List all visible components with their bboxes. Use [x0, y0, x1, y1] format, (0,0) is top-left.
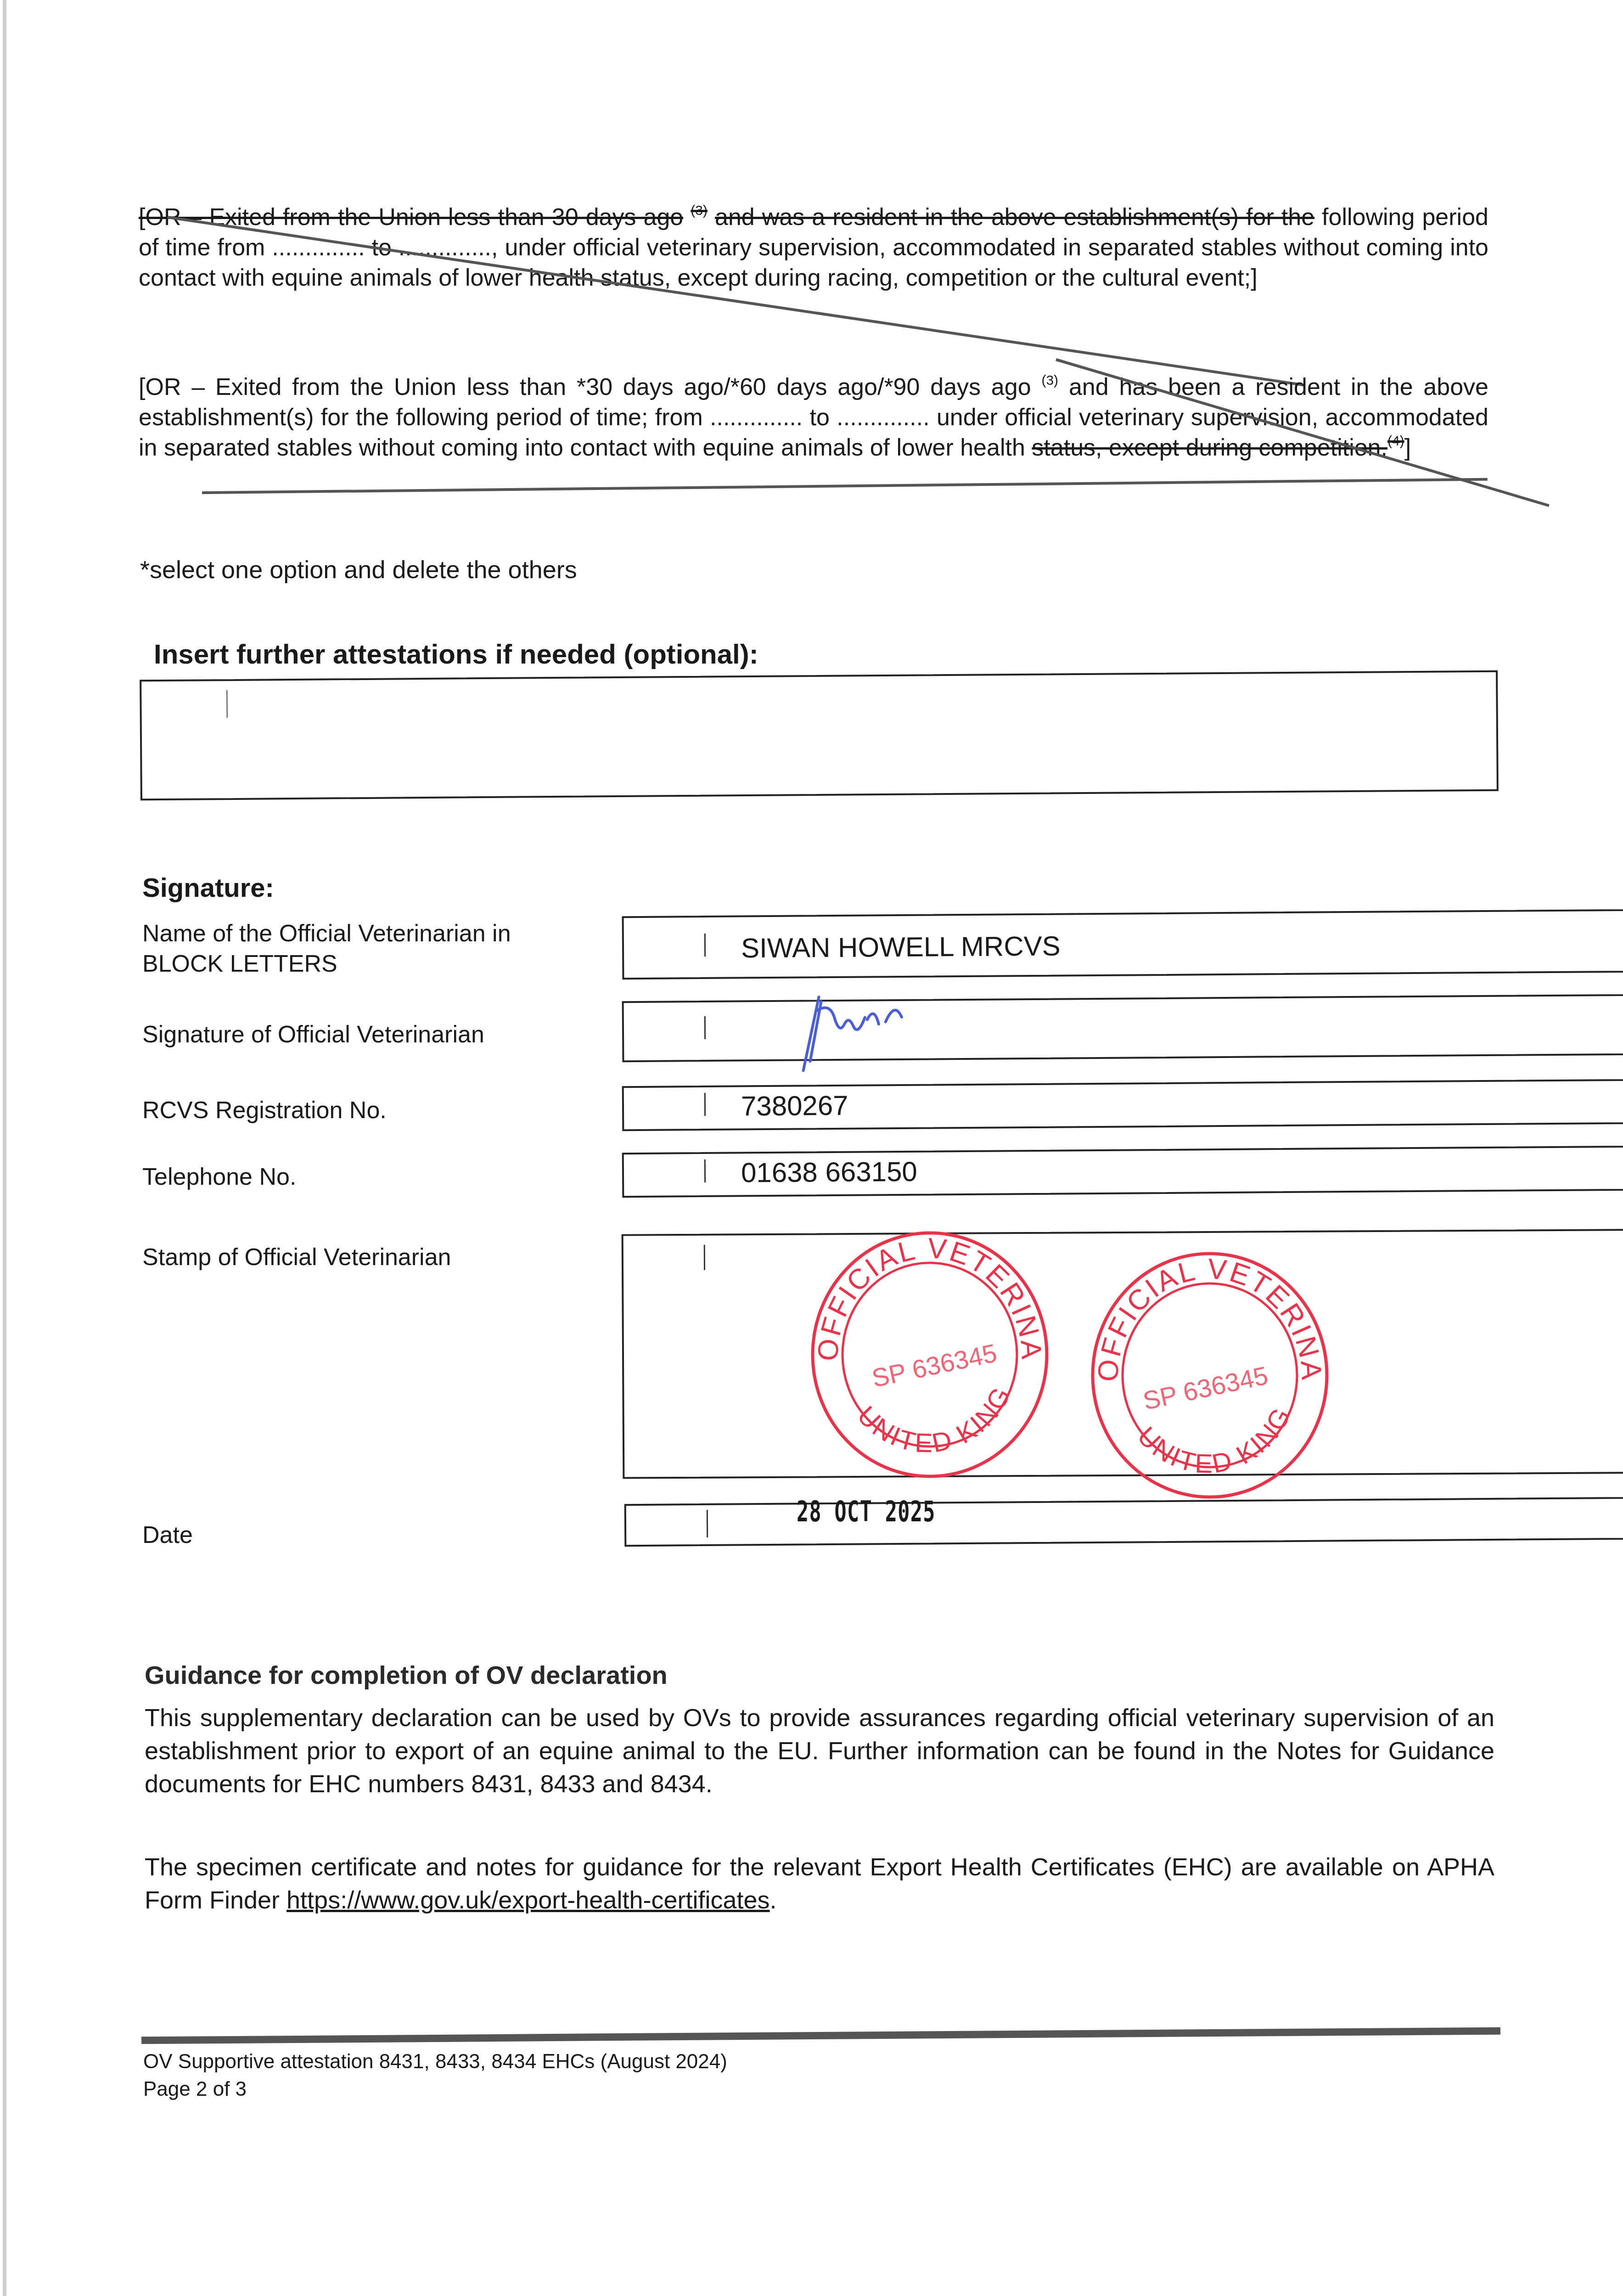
label-ov-name: Name of the Official Veterinarian in BLO… [142, 918, 592, 979]
further-attestations-input[interactable] [140, 670, 1499, 801]
label-stamp: Stamp of Official Veterinarian [142, 1242, 451, 1272]
ov-name-value: SIWAN HOWELL MRCVS [741, 933, 1061, 962]
svg-text:OFFICIAL VETERINARIAN: OFFICIAL VETERINARIAN [801, 1224, 1047, 1362]
rcvs-number-field[interactable]: 7380267 [622, 1077, 1623, 1131]
guidance-paragraph-2: The specimen certificate and notes for g… [145, 1851, 1494, 1917]
further-attestations-title: Insert further attestations if needed (o… [154, 638, 758, 670]
official-veterinarian-stamp-1: OFFICIAL VETERINARIAN UNITED KINGDOM SP … [801, 1224, 1058, 1486]
rcvs-number-value: 7380267 [741, 1092, 848, 1120]
text-cursor [226, 690, 227, 718]
svg-text:SP 636345: SP 636345 [869, 1338, 999, 1393]
svg-text:OFFICIAL VETERINARIAN: OFFICIAL VETERINARIAN [1081, 1244, 1327, 1383]
footer-form-reference: OV Supportive attestation 8431, 8433, 84… [143, 2048, 727, 2076]
label-rcvs-number: RCVS Registration No. [142, 1095, 387, 1125]
field-cursor [704, 1016, 706, 1039]
label-ov-signature: Signature of Official Veterinarian [142, 1019, 484, 1050]
ov-name-field[interactable]: SIWAN HOWELL MRCVS [622, 907, 1623, 979]
guidance-paragraph-2-end: . [770, 1886, 777, 1914]
option-a-rest: and was a resident in the above establis… [715, 204, 1314, 231]
signature-section-title: Signature: [142, 872, 274, 903]
footer-divider [141, 2027, 1500, 2044]
handwritten-signature-icon [775, 991, 968, 1075]
option-a-paragraph: [OR – Exited from the Union less than 30… [139, 202, 1488, 293]
label-date: Date [142, 1520, 193, 1550]
field-cursor [704, 1093, 706, 1116]
option-a-prefix: [OR – Exited from the Union less than 30… [139, 204, 683, 231]
date-field[interactable] [624, 1495, 1623, 1547]
option-b-paragraph: [OR – Exited from the Union less than *3… [139, 372, 1488, 463]
option-b-struck-text: status, except during competition. [1032, 434, 1387, 461]
field-cursor [704, 934, 706, 957]
field-cursor [704, 1245, 705, 1270]
select-one-note: *select one option and delete the others [140, 556, 577, 584]
footer-page-number: Page 2 of 3 [143, 2076, 247, 2103]
option-b-footnote-ref: (3) [1041, 373, 1058, 388]
document-page: [OR – Exited from the Union less than 30… [0, 0, 1623, 2296]
svg-text:SP 636345: SP 636345 [1140, 1361, 1270, 1415]
option-a-footnote-ref: (3) [691, 203, 708, 218]
export-health-certificates-link[interactable]: https://www.gov.uk/export-health-certifi… [286, 1886, 769, 1914]
date-stamp-value: 28 OCT 2025 [797, 1495, 936, 1528]
telephone-value: 01638 663150 [741, 1158, 917, 1187]
official-veterinarian-stamp-2: OFFICIAL VETERINARIAN UNITED KINGDOM SP … [1081, 1244, 1338, 1506]
field-cursor [707, 1510, 708, 1537]
field-cursor [704, 1159, 706, 1182]
label-telephone: Telephone No. [142, 1162, 296, 1192]
option-b-part1: [OR – Exited from the Union less than *3… [139, 374, 1031, 400]
telephone-field[interactable]: 01638 663150 [622, 1143, 1623, 1198]
option-b-footnote-ref-2: (4) [1387, 433, 1404, 449]
option-b-bottom-strike [202, 478, 1488, 494]
option-b-close: ] [1404, 434, 1411, 461]
guidance-paragraph-1: This supplementary declaration can be us… [145, 1701, 1494, 1801]
guidance-title: Guidance for completion of OV declaratio… [145, 1660, 668, 1690]
ov-signature-field[interactable] [622, 992, 1623, 1062]
